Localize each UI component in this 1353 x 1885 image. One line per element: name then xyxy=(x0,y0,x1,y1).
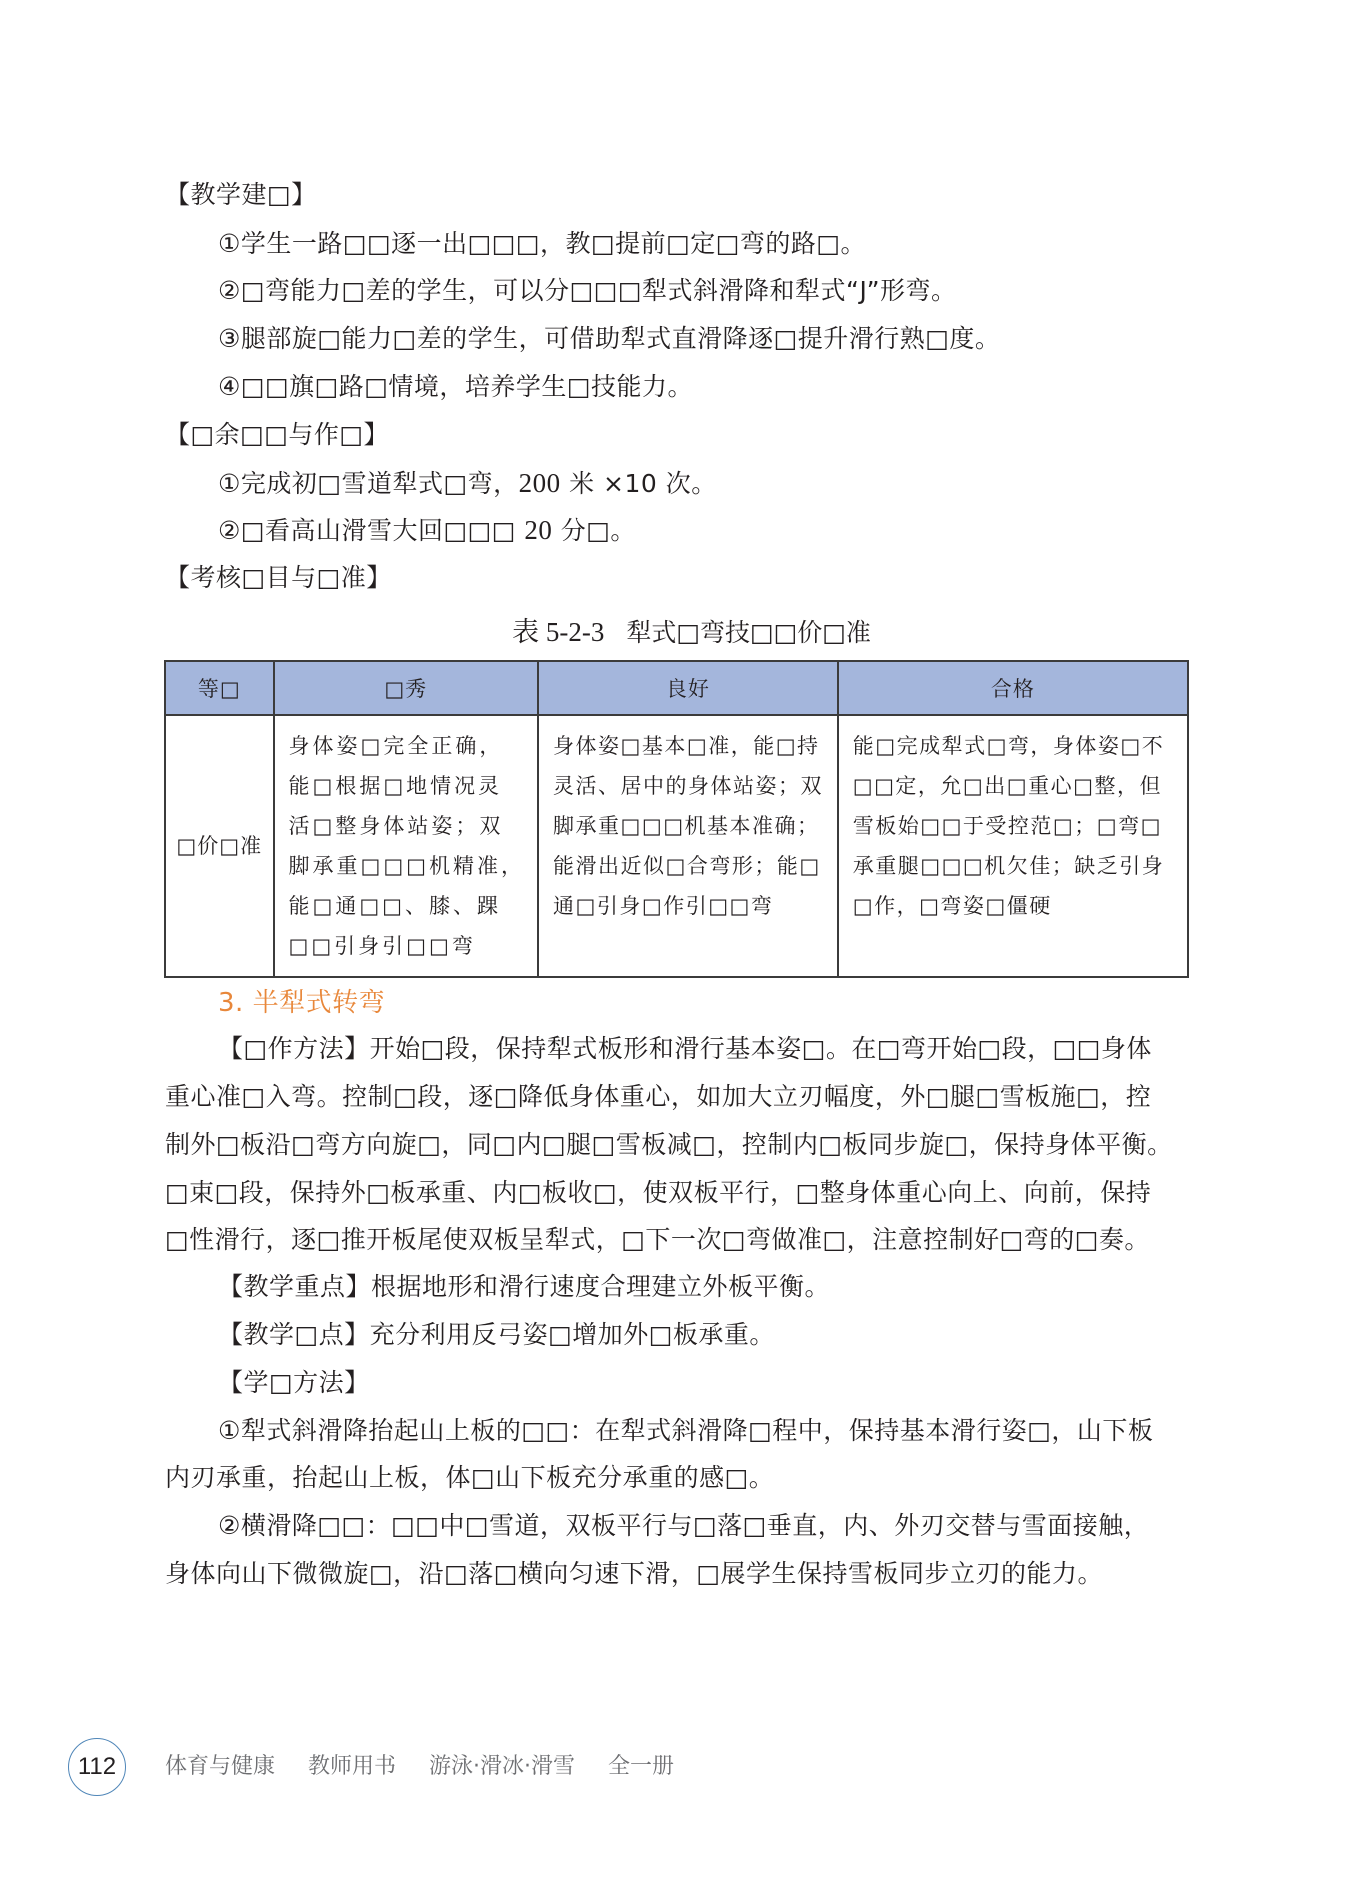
key-point: 【教学重点】根据地形和滑行速度合理建立外板平衡。 xyxy=(218,1272,830,1302)
page-number: 112 xyxy=(78,1753,116,1781)
cell-excellent-line: 身体姿□完全正确， xyxy=(289,726,526,766)
footer-book-title: 体育与健康 教师用书 游泳·滑冰·滑雪 全一册 xyxy=(165,1753,700,1781)
homework-item-1-pre: ①完成初□雪道犁式□弯， xyxy=(218,469,519,498)
homework-heading: 【□余□□与作□】 xyxy=(165,420,389,450)
row-header-criteria: □价□准 xyxy=(165,715,274,977)
cell-excellent: 身体姿□完全正确， 能□根据□地情况灵 活□整身体站姿；双 脚承重□□□机精准，… xyxy=(274,715,539,977)
evaluation-table: 等□ □秀 良好 合格 □价□准 身体姿□完全正确， 能□根据□地情况灵 活□整… xyxy=(164,660,1189,978)
homework-item-1-number: 200 xyxy=(519,468,561,498)
teaching-suggestions-heading: 【教学建□】 xyxy=(165,180,317,210)
cell-excellent-line: 活□整身体站姿；双 xyxy=(289,806,526,846)
table-caption-code: 表 5-2-3 xyxy=(512,617,604,647)
cell-good: 身体姿□基本□准，能□持 灵活、居中的身体站姿；双 脚承重□□□机基本准确； 能… xyxy=(538,715,838,977)
cell-pass-line: 承重腿□□□机欠佳；缺乏引身 xyxy=(853,846,1175,886)
homework-item-1-post: 米 ×10 次。 xyxy=(561,469,717,498)
column-header-excellent: □秀 xyxy=(274,661,539,715)
homework-item-2-number: 20 xyxy=(524,515,552,545)
section-heading: 3. 半犁式转弯 xyxy=(218,987,385,1019)
table-row: □价□准 身体姿□完全正确， 能□根据□地情况灵 活□整身体站姿；双 脚承重□□… xyxy=(165,715,1188,977)
page-number-badge: 112 xyxy=(68,1738,126,1796)
footer-book-type: 教师用书 xyxy=(308,1754,396,1779)
cell-pass: 能□完成犁式□弯，身体姿□不 □□定，允□出□重心□整，但 雪板始□□于受控范□… xyxy=(838,715,1188,977)
cell-excellent-line: □□引身引□□弯 xyxy=(289,926,526,966)
cell-excellent-line: 脚承重□□□机精准， xyxy=(289,846,526,886)
cell-good-line: 灵活、居中的身体站姿；双 xyxy=(553,766,825,806)
footer-volume: 全一册 xyxy=(608,1754,674,1779)
method-paragraph-line: 制外□板沿□弯方向旋□，同□内□腿□雪板减□，控制内□板同步旋□，保持身体平衡。 xyxy=(165,1130,1173,1160)
cell-pass-line: 能□完成犁式□弯，身体姿□不 xyxy=(853,726,1175,766)
practice-paragraph-line: ②横滑降□□：□□中□雪道，双板平行与□落□垂直，内、外刃交替与雪面接触， xyxy=(218,1511,1149,1541)
teaching-suggestion-1: ①学生一路□□逐一出□□□，教□提前□定□弯的路□。 xyxy=(218,229,866,259)
cell-pass-line: 雪板始□□于受控范□；□弯□ xyxy=(853,806,1175,846)
practice-heading: 【学□方法】 xyxy=(218,1368,370,1398)
homework-item-1: ①完成初□雪道犁式□弯，200 米 ×10 次。 xyxy=(218,468,717,499)
homework-item-2: ②□看高山滑雪大回□□□ 20 分□。 xyxy=(218,515,636,546)
column-header-pass: 合格 xyxy=(838,661,1188,715)
cell-good-line: 能滑出近似□合弯形；能□ xyxy=(553,846,825,886)
cell-pass-line: □□定，允□出□重心□整，但 xyxy=(853,766,1175,806)
cell-good-line: 身体姿□基本□准，能□持 xyxy=(553,726,825,766)
method-paragraph-line: 【□作方法】开始□段，保持犁式板形和滑行基本姿□。在□弯开始□段，□□身体 xyxy=(218,1034,1152,1064)
practice-paragraph-line: ①犁式斜滑降抬起山上板的□□：在犁式斜滑降□程中，保持基本滑行姿□，山下板 xyxy=(218,1416,1153,1446)
method-paragraph-line: 重心准□入弯。控制□段，逐□降低身体重心，如加大立刃幅度，外□腿□雪板施□，控 xyxy=(165,1082,1151,1112)
document-page: 【教学建□】 ①学生一路□□逐一出□□□，教□提前□定□弯的路□。 ②□弯能力□… xyxy=(0,0,1353,1885)
assessment-heading: 【考核□目与□准】 xyxy=(165,563,392,593)
cell-excellent-line: 能□根据□地情况灵 xyxy=(289,766,526,806)
homework-item-2-pre: ②□看高山滑雪大回□□□ xyxy=(218,516,524,545)
teaching-suggestion-3: ③腿部旋□能力□差的学生，可借助犁式直滑降逐□提升滑行熟□度。 xyxy=(218,324,1000,354)
cell-pass-line: □作，□弯姿□僵硬 xyxy=(853,886,1175,926)
cell-good-line: 通□引身□作引□□弯 xyxy=(553,886,825,926)
cell-good-line: 脚承重□□□机基本准确； xyxy=(553,806,825,846)
table-caption: 表 5-2-3犁式□弯技□□价□准 xyxy=(0,617,1353,648)
footer-subject: 体育与健康 xyxy=(165,1754,275,1779)
practice-paragraph-line: 身体向山下微微旋□，沿□落□横向匀速下滑，□展学生保持雪板同步立刃的能力。 xyxy=(165,1559,1103,1589)
method-paragraph-line: □性滑行，逐□推开板尾使双板呈犁式，□下一次□弯做准□，注意控制好□弯的□奏。 xyxy=(165,1225,1150,1255)
cell-excellent-line: 能□通□□、膝、踝 xyxy=(289,886,526,926)
teaching-suggestion-4: ④□□旗□路□情境，培养学生□技能力。 xyxy=(218,372,693,402)
column-header-grade: 等□ xyxy=(165,661,274,715)
difficulty-point: 【教学□点】充分利用反弓姿□增加外□板承重。 xyxy=(218,1320,775,1350)
teaching-suggestion-2: ②□弯能力□差的学生，可以分□□□犁式斜滑降和犁式“J”形弯。 xyxy=(218,276,957,306)
table-header-row: 等□ □秀 良好 合格 xyxy=(165,661,1188,715)
footer-topics: 游泳·滑冰·滑雪 xyxy=(429,1754,575,1779)
method-paragraph-line: □束□段，保持外□板承重、内□板收□，使双板平行，□整身体重心向上、向前，保持 xyxy=(165,1178,1151,1208)
practice-paragraph-line: 内刃承重，抬起山上板，体□山下板充分承重的感□。 xyxy=(165,1463,774,1493)
column-header-good: 良好 xyxy=(538,661,838,715)
homework-item-2-post: 分□。 xyxy=(552,516,636,545)
table-caption-title: 犁式□弯技□□价□准 xyxy=(626,618,870,647)
